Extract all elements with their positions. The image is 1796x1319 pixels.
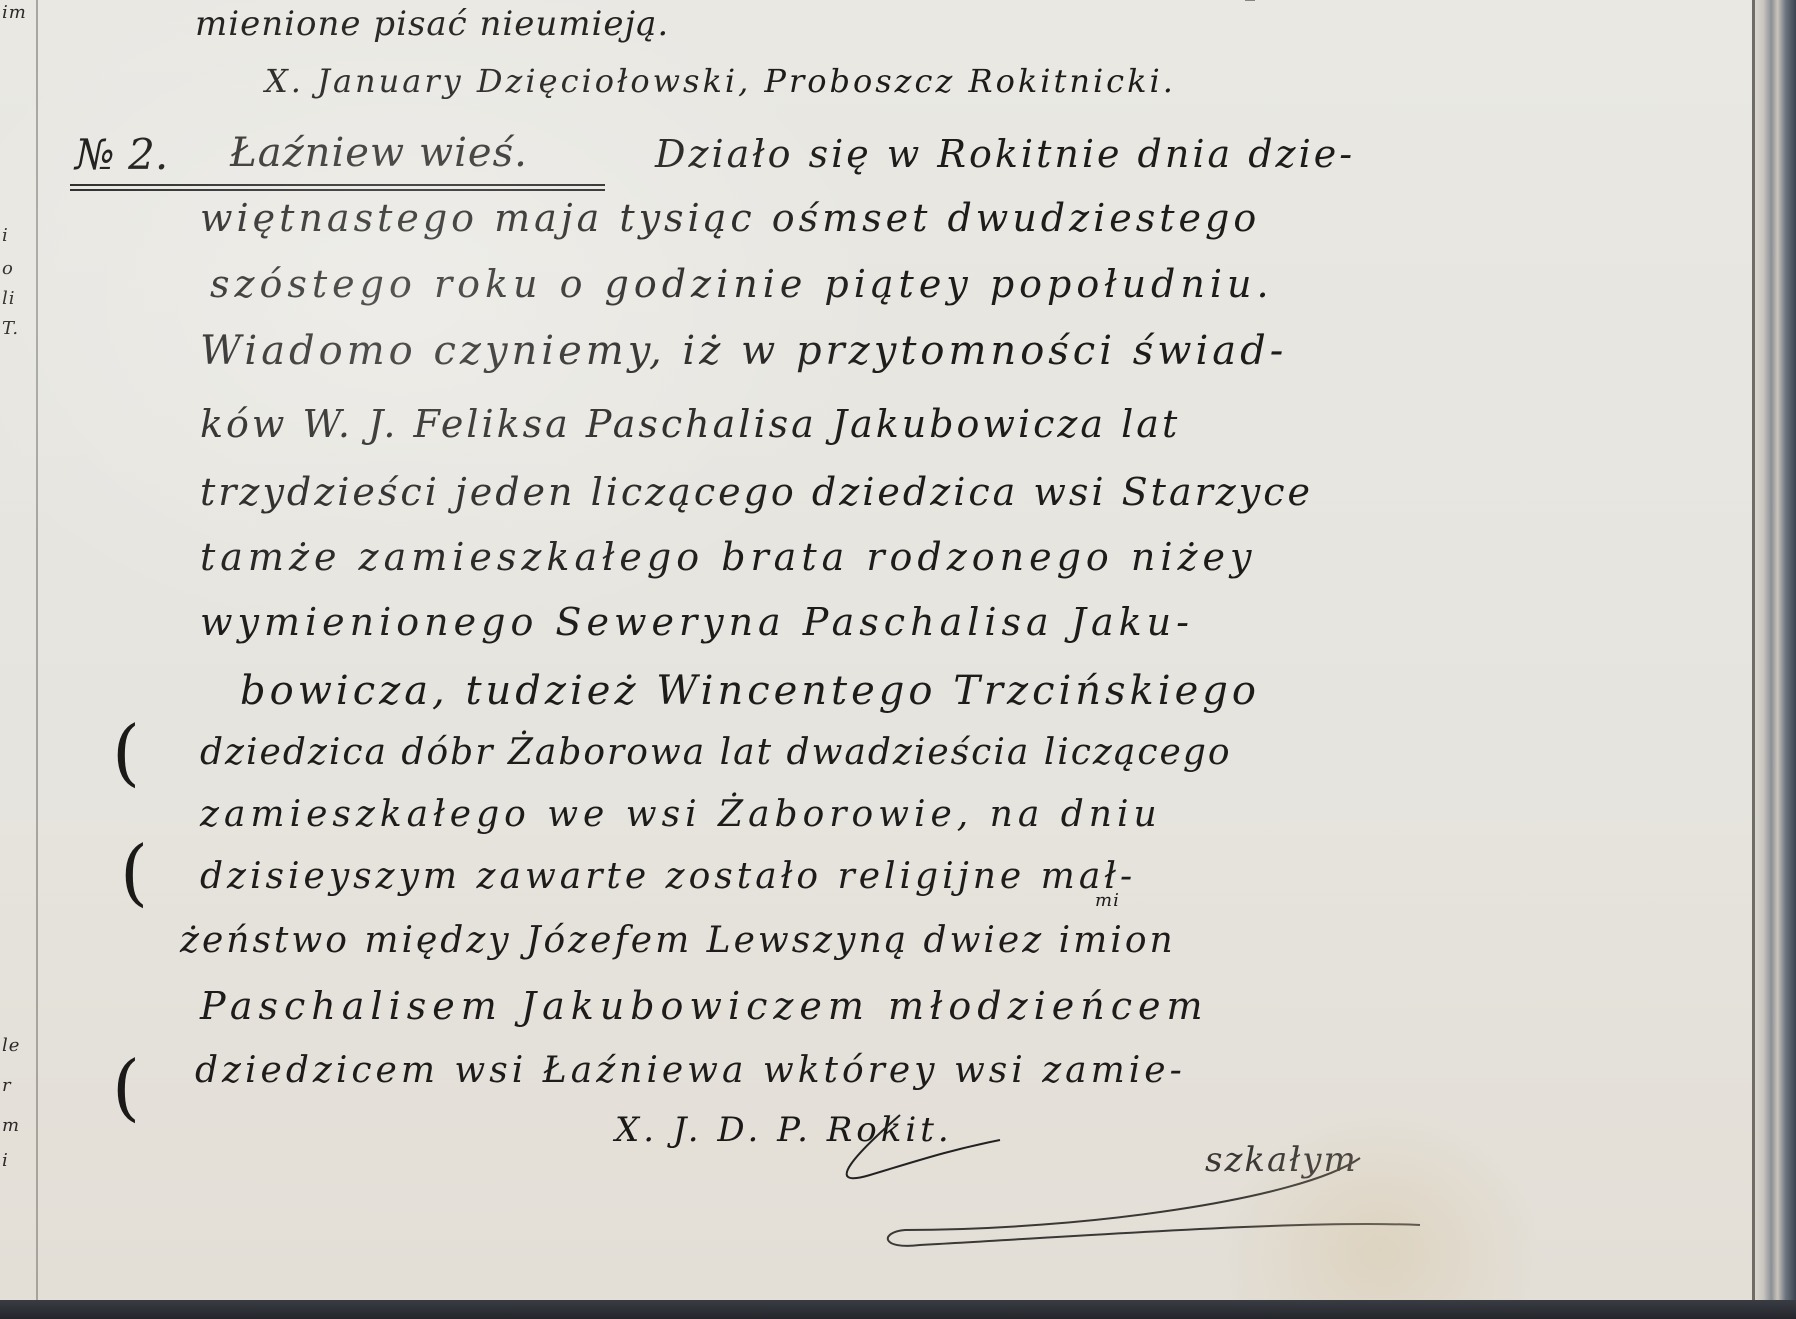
entry-line: ków W. J. Feliksa Paschalisa Jakubowicza… <box>200 402 1180 446</box>
entry-line: Wiadomo czyniemy, iż w przytomności świa… <box>200 328 1287 374</box>
bracket-flourish: ( <box>120 830 148 914</box>
entry-place: Łaźniew wieś. <box>230 130 528 176</box>
entry-line: Paschalisem Jakubowiczem młodzieńcem <box>200 984 1209 1028</box>
entry-line: tamże zamieszkałego brata rodzonego niże… <box>200 535 1256 579</box>
preceding-entry-closing: mienione pisać nieumieją. <box>195 4 669 44</box>
bracket-flourish: ( <box>112 1045 140 1129</box>
bracket-flourish: ( <box>112 710 140 794</box>
margin-note: li <box>2 288 16 309</box>
margin-note: r <box>2 1075 12 1096</box>
margin-note: T. <box>2 318 19 339</box>
entry-line: dziedzica dóbr Żaborowa lat dwadzieścia … <box>200 732 1232 773</box>
entry-line: żeństwo między Józefem Lewszyną dwiez im… <box>180 920 1176 961</box>
entry-line: szóstego roku o godzinie piątey popołudn… <box>210 262 1274 306</box>
entry-line: trzydzieści jeden liczącego dziedzica ws… <box>200 470 1313 514</box>
entry-line: zamieszkałego we wsi Żaborowie, na dniu <box>200 794 1162 835</box>
book-edge <box>0 1300 1796 1319</box>
margin-note: im <box>2 2 27 23</box>
entry-underline <box>70 184 605 191</box>
preceding-entry-signature: X. January Dzięciołowski, Proboszcz Roki… <box>265 62 1176 100</box>
priest-signature: X. J. D. P. Rokit. <box>615 1110 953 1150</box>
entry-line: wymienionego Seweryna Paschalisa Jaku- <box>200 600 1194 644</box>
left-margin-notes: im i o li T. le r m i <box>0 0 34 1300</box>
book-binding <box>1755 0 1796 1300</box>
entry-line: dzisieyszym zawarte zostało religijne ma… <box>200 856 1136 897</box>
margin-note: o <box>2 258 14 279</box>
margin-note: i <box>2 225 9 246</box>
margin-rule <box>36 0 38 1300</box>
closing-word: szkałym <box>1205 1140 1358 1180</box>
signature-flourish <box>0 0 1796 1300</box>
entry-line: bowicza, tudzież Wincentego Trzcińskiego <box>240 668 1260 714</box>
margin-note: m <box>2 1115 20 1136</box>
margin-note: le <box>2 1035 20 1056</box>
interlinear-note: mi <box>1095 890 1120 911</box>
entry-line: więtnastego maja tysiąc ośmset dwudziest… <box>200 196 1260 240</box>
entry-line: Działo się w Rokitnie dnia dzie- <box>655 132 1355 176</box>
entry-line: dziedzicem wsi Łaźniewa wktórey wsi zami… <box>195 1050 1186 1091</box>
margin-note: i <box>2 1150 9 1171</box>
manuscript-page: im i o li T. le r m i mienione pisać nie… <box>0 0 1796 1300</box>
entry-number: № 2. <box>75 130 168 179</box>
